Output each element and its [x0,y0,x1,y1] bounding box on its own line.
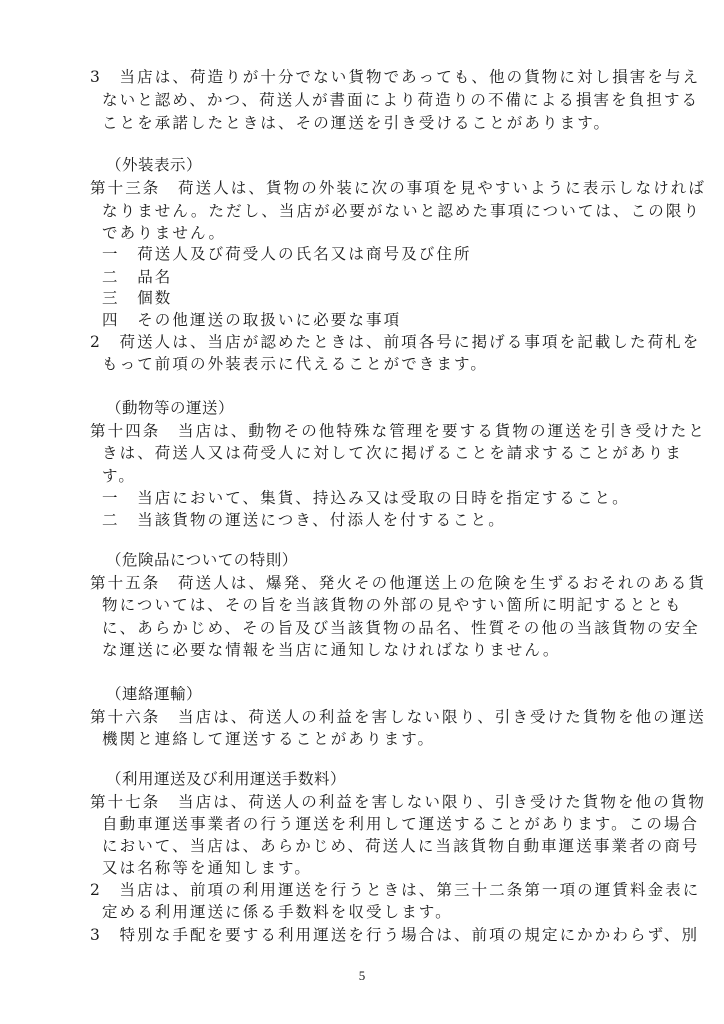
text-line: 第十三条 荷送人は、貨物の外装に次の事項を見やすいように表示しなければ [90,177,706,199]
text-line: 物については、その旨を当該貨物の外部の見やすい箇所に明記するととも [102,594,683,616]
text-line: において、当店は、あらかじめ、荷送人に当該貨物自動車運送事業者の商号 [102,835,699,857]
list-item: 三 個数 [102,287,172,309]
list-item: 一 当店において、集貨、持込み又は受取の日時を指定すること。 [102,487,630,509]
text-line: 第十六条 当店は、荷送人の利益を害しない限り、引き受けた貨物を他の運送 [90,706,706,728]
text-line: 2 当店は、前項の利用運送を行うときは、第三十二条第一項の運賃料金表に [90,879,700,901]
text-line: ないと認め、かつ、荷送人が書面により荷造りの不備による損害を負担する [102,89,699,111]
text-line: す。 [102,465,136,487]
list-item: 二 当該貨物の運送につき、付添人を付すること。 [102,509,506,531]
article-heading: （利用運送及び利用運送手数料） [106,768,346,790]
document-page: 3 当店は、荷造りが十分でない貨物であっても、他の貨物に対し損害を与えないと認め… [0,0,724,1024]
list-item: 四 その他運送の取扱いに必要な事項 [102,309,401,331]
text-line: きは、荷送人又は荷受人に対して次に掲げることを請求することがありま [102,442,683,464]
article-heading: （連絡運輸） [106,683,202,705]
text-line: 第十四条 当店は、動物その他特殊な管理を要する貨物の運送を引き受けたと [90,420,706,442]
text-line: 又は名称等を通知します。 [102,857,312,879]
article-heading: （危険品についての特則） [106,549,298,571]
list-item: 二 品名 [102,266,172,288]
text-line: ことを承諾したときは、その運送を引き受けることがあります。 [102,112,611,134]
text-line: でありません。 [102,222,226,244]
text-line: 機関と連絡して運送することがあります。 [102,728,435,750]
text-line: 3 当店は、荷造りが十分でない貨物であっても、他の貨物に対し損害を与え [90,66,700,88]
text-line: 第十七条 当店は、荷送人の利益を害しない限り、引き受けた貨物を他の貨物 [90,791,706,813]
text-line: に、あらかじめ、その旨及び当該貨物の品名、性質その他の当該貨物の安全 [102,617,700,639]
text-line: もって前項の外装表示に代えることができます。 [102,353,488,375]
page-number: 5 [0,968,724,984]
list-item: 一 荷送人及び荷受人の氏名又は商号及び住所 [102,243,472,265]
text-line: 定める利用運送に係る手数料を収受します。 [102,901,453,923]
text-line: 2 荷送人は、当店が認めたときは、前項各号に掲げる事項を記載した荷札を [90,331,700,353]
text-line: 自動車運送事業者の行う運送を利用して運送することがあります。この場合 [102,813,699,835]
text-line: な運送に必要な情報を当店に通知しなければなりません。 [102,639,561,661]
article-heading: （外装表示） [106,154,202,176]
text-line: 第十五条 荷送人は、爆発、発火その他運送上の危険を生ずるおそれのある貨 [90,572,706,594]
text-line: なりません。ただし、当店が必要がないと認めた事項については、この限り [102,200,701,222]
article-heading: （動物等の運送） [106,397,234,419]
text-line: 3 特別な手配を要する利用運送を行う場合は、前項の規定にかかわらず、別 [90,924,699,946]
